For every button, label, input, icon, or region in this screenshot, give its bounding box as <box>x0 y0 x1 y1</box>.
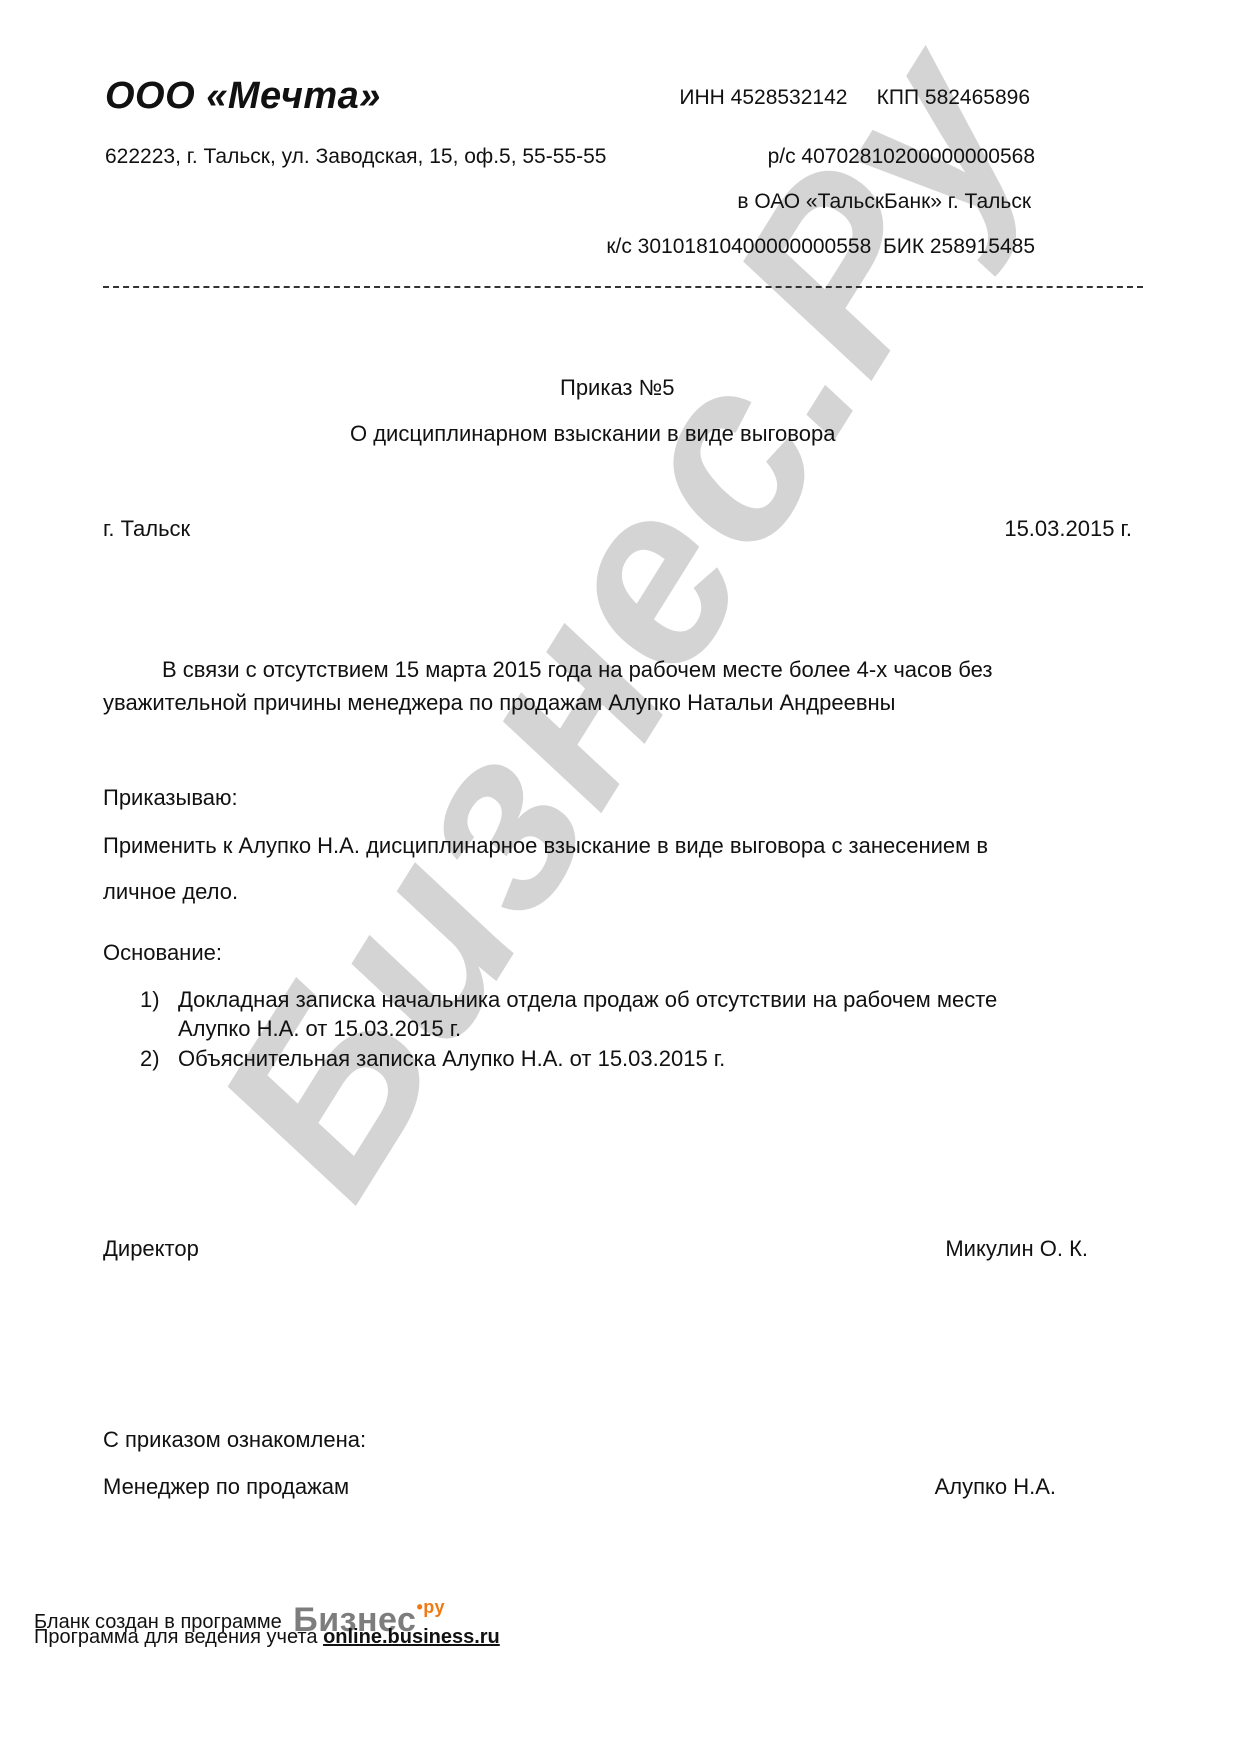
company-address: 622223, г. Тальск, ул. Заводская, 15, оф… <box>105 145 606 169</box>
footer-program: Программа для ведения учета online.busin… <box>34 1626 500 1649</box>
order-city: г. Тальск <box>103 516 190 542</box>
basis-label: Основание: <box>103 940 222 966</box>
inn-kpp: ИНН 4528532142 КПП 582465896 <box>679 86 1030 110</box>
basis-item-1-line-1: Докладная записка начальника отдела прод… <box>178 987 997 1013</box>
preamble-line-2: уважительной причины менеджера по продаж… <box>103 690 895 716</box>
director-name: Микулин О. К. <box>945 1236 1088 1262</box>
footer-program-text: Программа для ведения учета <box>34 1626 318 1648</box>
basis-item-1-number: 1) <box>140 987 160 1013</box>
order-label: Приказываю: <box>103 785 238 811</box>
logo-suffix-text: •ру <box>416 1597 445 1617</box>
bank-name: в ОАО «ТальскБанк» г. Тальск <box>737 190 1031 214</box>
basis-item-1-line-2: Алупко Н.А. от 15.03.2015 г. <box>178 1016 461 1042</box>
order-title: Приказ №5 <box>560 375 674 401</box>
director-title: Директор <box>103 1236 199 1262</box>
document-page: ООО «Мечта» 622223, г. Тальск, ул. Завод… <box>0 0 1240 1754</box>
preamble-line-1: В связи с отсутствием 15 марта 2015 года… <box>162 657 993 683</box>
acknowledged-label: С приказом ознакомлена: <box>103 1427 366 1453</box>
order-text-line-2: личное дело. <box>103 879 238 905</box>
order-subject: О дисциплинарном взыскании в виде выгово… <box>350 421 835 447</box>
basis-item-2-line-1: Объяснительная записка Алупко Н.А. от 15… <box>178 1046 725 1072</box>
order-text-line-1: Применить к Алупко Н.А. дисциплинарное в… <box>103 833 988 859</box>
header-divider <box>103 286 1143 288</box>
basis-item-2-number: 2) <box>140 1046 160 1072</box>
employee-name: Алупко Н.А. <box>935 1474 1056 1500</box>
settlement-account: р/с 40702810200000000568 <box>768 145 1035 169</box>
order-date: 15.03.2015 г. <box>1004 516 1132 542</box>
online-business-link[interactable]: online.business.ru <box>323 1626 500 1648</box>
employee-title: Менеджер по продажам <box>103 1474 349 1500</box>
company-name: ООО «Мечта» <box>105 75 381 118</box>
correspondent-account-bik: к/с 30101810400000000558 БИК 258915485 <box>606 235 1035 259</box>
